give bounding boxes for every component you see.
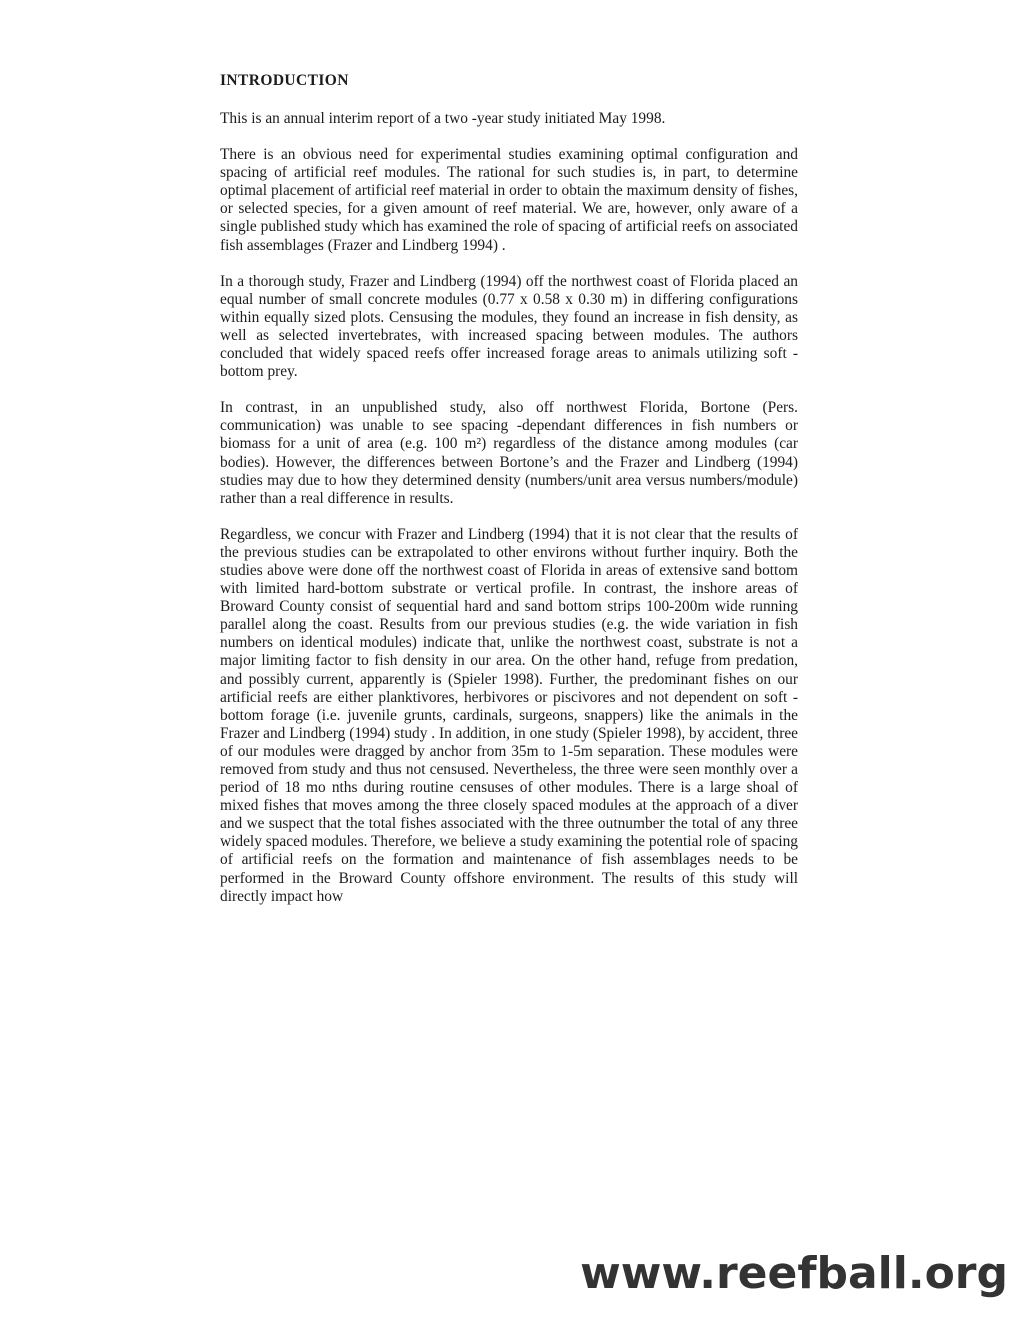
paragraph-need-for-studies: There is an obvious need for experimenta… <box>220 146 798 255</box>
paragraph-bortone-study: In contrast, in an unpublished study, al… <box>220 399 798 508</box>
watermark-url: www.reefball.org <box>580 1248 1008 1299</box>
paragraph-broward-county-rationale: Regardless, we concur with Frazer and Li… <box>220 526 798 906</box>
document-body: INTRODUCTION This is an annual interim r… <box>220 72 798 924</box>
document-page: INTRODUCTION This is an annual interim r… <box>0 0 1020 1320</box>
paragraph-report-note: This is an annual interim report of a tw… <box>220 110 798 128</box>
section-heading: INTRODUCTION <box>220 72 798 90</box>
paragraph-frazer-lindberg-study: In a thorough study, Frazer and Lindberg… <box>220 273 798 382</box>
